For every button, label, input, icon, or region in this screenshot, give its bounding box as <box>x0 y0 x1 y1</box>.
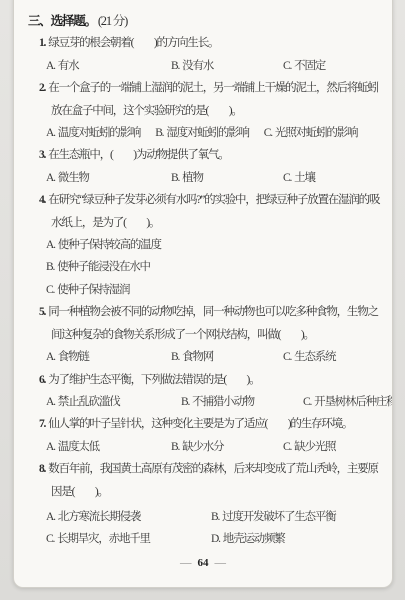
question-2-text: 2.在一个盒子的一端铺上湿润的泥土，另一端铺上干燥的泥土，然后将蚯蚓放在盒子中间… <box>51 77 384 122</box>
section-title: 三、选择题。(21 分) <box>28 10 392 32</box>
option-label: A. <box>46 127 55 139</box>
question-2-options: A.温度对蚯蚓的影响 B.湿度对蚯蚓的影响 C.光照对蚯蚓的影响 <box>46 122 386 144</box>
question-7: 7.仙人掌的叶子呈针状，这种变化主要是为了适应( )的生存环境。 A.温度太低 … <box>14 413 392 458</box>
question-3: 3.在生态瓶中，( )为动物提供了氧气。 A.微生物 B.植物 C.土壤 <box>14 144 392 189</box>
option-label: C. <box>46 284 54 296</box>
question-4-options: A.使种子保持较高的温度 B.使种子能浸没在水中 C.使种子保持湿润 <box>46 234 386 301</box>
option-text: 过度开发破坏了生态平衡 <box>222 511 335 523</box>
option-text: 不捕猎小动物 <box>192 396 254 408</box>
option-b: B.缺少水分 <box>171 436 283 458</box>
option-c: C.缺少光照 <box>283 436 386 458</box>
option-c: C.不固定 <box>283 55 386 77</box>
option-label: C. <box>46 533 54 545</box>
option-a: A.使种子保持较高的温度 <box>46 234 386 256</box>
option-label: A. <box>46 172 55 184</box>
option-a: A.食物链 <box>46 346 171 368</box>
option-text: 湿度对蚯蚓的影响 <box>166 127 248 139</box>
question-8-options: A.北方寒流长期侵袭 B.过度开发破坏了生态平衡 C.长期旱灾，赤地千里 D.地… <box>46 506 386 551</box>
option-label: C. <box>283 60 291 72</box>
option-label: A. <box>46 351 55 363</box>
option-label: D. <box>211 533 220 545</box>
option-c: C.土壤 <box>283 167 386 189</box>
option-a: A.温度太低 <box>46 436 171 458</box>
option-text: 植物 <box>182 172 203 184</box>
option-text: 温度对蚯蚓的影响 <box>58 127 140 139</box>
option-text: 光照对蚯蚓的影响 <box>275 127 357 139</box>
option-label: C. <box>283 172 291 184</box>
page-footer: —64— <box>14 552 392 574</box>
option-c: C.开垦树林后种庄稼 <box>303 391 393 413</box>
option-label: B. <box>171 172 179 184</box>
section-title-text: 三、选择题。 <box>28 14 96 28</box>
question-2: 2.在一个盒子的一端铺上湿润的泥土，另一端铺上干燥的泥土，然后将蚯蚓放在盒子中间… <box>14 77 392 144</box>
question-number: 1. <box>39 37 45 49</box>
question-5-text: 5.同一种植物会被不同的动物吃掉，同一种动物也可以吃多种食物，生物之间这种复杂的… <box>51 301 384 346</box>
option-label: A. <box>46 239 55 251</box>
option-b: B.过度开发破坏了生态平衡 <box>211 506 386 528</box>
scan-background: 三、选择题。(21 分) 1.绿豆芽的根会朝着( )的方向生长。 A.有水 B.… <box>0 0 405 600</box>
option-b: B.不捕猎小动物 <box>181 391 303 413</box>
option-a: A.禁止乱砍滥伐 <box>46 391 181 413</box>
footer-dash-left: — <box>180 557 192 569</box>
option-c: C.生态系统 <box>283 346 386 368</box>
question-number: 4. <box>39 194 45 206</box>
question-number: 6. <box>39 374 45 386</box>
option-label: C. <box>283 351 291 363</box>
option-text: 缺少水分 <box>182 441 223 453</box>
question-body: 仙人掌的叶子呈针状，这种变化主要是为了适应( )的生存环境。 <box>48 418 352 430</box>
section-points: (21 分) <box>98 14 127 28</box>
question-6-options: A.禁止乱砍滥伐 B.不捕猎小动物 C.开垦树林后种庄稼 <box>46 391 386 413</box>
question-1-options: A.有水 B.没有水 C.不固定 <box>46 55 386 77</box>
question-body: 在研究“绿豆种子发芽必须有水吗?”的实验中，把绿豆种子放置在湿润的吸水纸上，是为… <box>48 194 379 228</box>
question-number: 7. <box>39 418 45 430</box>
option-b: B.湿度对蚯蚓的影响 <box>155 122 249 144</box>
question-1-text: 1.绿豆芽的根会朝着( )的方向生长。 <box>51 32 384 54</box>
question-5-options: A.食物链 B.食物网 C.生态系统 <box>46 346 386 368</box>
question-number: 8. <box>39 463 45 475</box>
question-3-text: 3.在生态瓶中，( )为动物提供了氧气。 <box>51 144 384 166</box>
option-label: A. <box>46 60 55 72</box>
option-text: 缺少光照 <box>294 441 335 453</box>
question-3-options: A.微生物 B.植物 C.土壤 <box>46 167 386 189</box>
question-1: 1.绿豆芽的根会朝着( )的方向生长。 A.有水 B.没有水 C.不固定 <box>14 32 392 77</box>
option-label: A. <box>46 511 55 523</box>
question-body: 在一个盒子的一端铺上湿润的泥土，另一端铺上干燥的泥土，然后将蚯蚓放在盒子中间，这… <box>48 82 378 116</box>
option-label: C. <box>303 396 311 408</box>
question-body: 数百年前，我国黄土高原有茂密的森林，后来却变成了荒山秃岭，主要原因是( )。 <box>48 463 378 497</box>
question-6-text: 6.为了维护生态平衡，下列做法错误的是( )。 <box>51 369 384 391</box>
option-text: 北方寒流长期侵袭 <box>58 511 140 523</box>
question-body: 为了维护生态平衡，下列做法错误的是( )。 <box>48 374 259 386</box>
question-4: 4.在研究“绿豆种子发芽必须有水吗?”的实验中，把绿豆种子放置在湿润的吸水纸上，… <box>14 189 392 301</box>
page-number: 64 <box>198 557 209 569</box>
option-text: 不固定 <box>294 60 325 72</box>
question-5: 5.同一种植物会被不同的动物吃掉，同一种动物也可以吃多种食物，生物之间这种复杂的… <box>14 301 392 368</box>
question-number: 5. <box>39 306 45 318</box>
option-a: A.有水 <box>46 55 171 77</box>
option-c: C.光照对蚯蚓的影响 <box>264 122 358 144</box>
question-body: 同一种植物会被不同的动物吃掉，同一种动物也可以吃多种食物，生物之间这种复杂的食物… <box>48 306 378 340</box>
option-text: 微生物 <box>58 172 89 184</box>
option-text: 禁止乱砍滥伐 <box>58 396 120 408</box>
option-label: B. <box>155 127 163 139</box>
option-label: B. <box>171 441 179 453</box>
option-label: B. <box>171 351 179 363</box>
option-d: D.地壳运动频繁 <box>211 528 386 550</box>
option-a: A.微生物 <box>46 167 171 189</box>
question-6: 6.为了维护生态平衡，下列做法错误的是( )。 A.禁止乱砍滥伐 B.不捕猎小动… <box>14 369 392 414</box>
option-c: C.长期旱灾，赤地千里 <box>46 528 211 550</box>
option-text: 使种子保持湿润 <box>57 284 129 296</box>
option-text: 使种子能浸没在水中 <box>57 261 150 273</box>
option-b: B.使种子能浸没在水中 <box>46 256 386 278</box>
question-body: 绿豆芽的根会朝着( )的方向生长。 <box>48 37 218 49</box>
question-7-options: A.温度太低 B.缺少水分 C.缺少光照 <box>46 436 386 458</box>
option-text: 生态系统 <box>294 351 335 363</box>
option-label: C. <box>264 127 272 139</box>
option-b: B.没有水 <box>171 55 283 77</box>
option-text: 食物网 <box>182 351 213 363</box>
question-4-text: 4.在研究“绿豆种子发芽必须有水吗?”的实验中，把绿豆种子放置在湿润的吸水纸上，… <box>51 189 384 234</box>
option-text: 食物链 <box>58 351 89 363</box>
question-8: 8.数百年前，我国黄土高原有茂密的森林，后来却变成了荒山秃岭，主要原因是( )。… <box>14 458 392 551</box>
option-label: B. <box>211 511 219 523</box>
option-label: A. <box>46 441 55 453</box>
option-c: C.使种子保持湿润 <box>46 279 386 301</box>
question-number: 2. <box>39 82 45 94</box>
option-label: B. <box>171 60 179 72</box>
option-text: 温度太低 <box>58 441 99 453</box>
question-body: 在生态瓶中，( )为动物提供了氧气。 <box>48 149 228 161</box>
question-number: 3. <box>39 149 45 161</box>
option-b: B.植物 <box>171 167 283 189</box>
option-text: 使种子保持较高的温度 <box>58 239 161 251</box>
option-label: A. <box>46 396 55 408</box>
option-label: B. <box>46 261 54 273</box>
option-text: 没有水 <box>182 60 213 72</box>
option-label: B. <box>181 396 189 408</box>
question-7-text: 7.仙人掌的叶子呈针状，这种变化主要是为了适应( )的生存环境。 <box>51 413 384 435</box>
exam-page: 三、选择题。(21 分) 1.绿豆芽的根会朝着( )的方向生长。 A.有水 B.… <box>13 0 393 588</box>
option-text: 有水 <box>58 60 79 72</box>
option-a: A.温度对蚯蚓的影响 <box>46 122 140 144</box>
option-text: 开垦树林后种庄稼 <box>314 396 393 408</box>
option-label: C. <box>283 441 291 453</box>
option-text: 长期旱灾，赤地千里 <box>57 533 150 545</box>
option-text: 土壤 <box>294 172 315 184</box>
question-8-text: 8.数百年前，我国黄土高原有茂密的森林，后来却变成了荒山秃岭，主要原因是( )。 <box>51 458 384 503</box>
footer-dash-right: — <box>215 557 227 569</box>
option-b: B.食物网 <box>171 346 283 368</box>
option-a: A.北方寒流长期侵袭 <box>46 506 211 528</box>
option-text: 地壳运动频繁 <box>223 533 285 545</box>
